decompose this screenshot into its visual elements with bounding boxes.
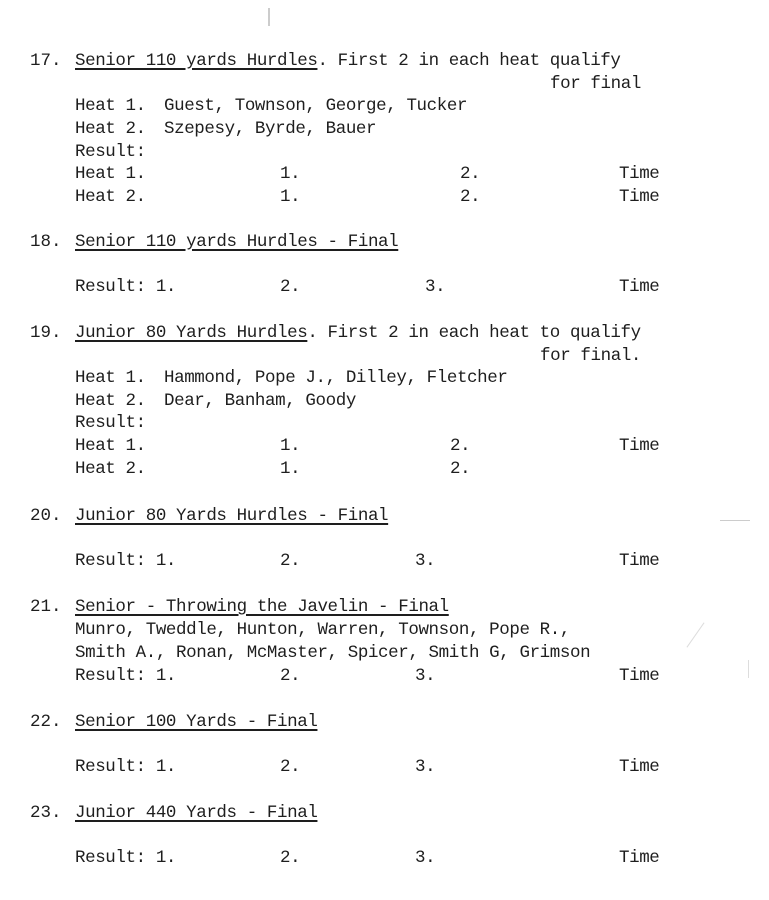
entrants-line-2: Smith A., Ronan, McMaster, Spicer, Smith… xyxy=(75,643,590,663)
result-label: Result: 1. xyxy=(75,757,176,777)
result-second: 2. xyxy=(280,277,300,297)
result-heat-2-first: 1. xyxy=(280,187,300,207)
event-title: Junior 80 Yards Hurdles xyxy=(75,323,307,343)
result-heat-1-first: 1. xyxy=(280,436,300,456)
event-note-continued: for final. xyxy=(540,346,641,366)
event-note: . First 2 in each heat to qualify xyxy=(307,323,640,343)
scan-speck xyxy=(720,520,750,521)
heat-2-entrants: Dear, Banham, Goody xyxy=(164,391,356,411)
event-number: 18. xyxy=(30,232,62,252)
result-time: Time xyxy=(619,757,659,777)
result-time: Time xyxy=(619,666,659,686)
heat-1-entrants: Hammond, Pope J., Dilley, Fletcher xyxy=(164,368,507,388)
result-label: Result: 1. xyxy=(75,848,176,868)
result-time: Time xyxy=(619,848,659,868)
result-label: Result: 1. xyxy=(75,666,176,686)
heat-1-label: Heat 1. xyxy=(75,368,146,388)
result-heat-2-label: Heat 2. xyxy=(75,187,146,207)
heat-2-entrants: Szepesy, Byrde, Bauer xyxy=(164,119,376,139)
result-heat-1-second: 2. xyxy=(460,164,480,184)
result-heat-1-second: 2. xyxy=(450,436,470,456)
event-number: 23. xyxy=(30,803,62,823)
result-third: 3. xyxy=(425,277,445,297)
event-header: Junior 80 Yards Hurdles. First 2 in each… xyxy=(75,323,641,343)
event-title: Senior 110 yards Hurdles - Final xyxy=(75,232,398,252)
result-heat-2-second: 2. xyxy=(450,459,470,479)
result-second: 2. xyxy=(280,666,300,686)
heat-1-label: Heat 1. xyxy=(75,96,146,116)
result-heat-1-time: Time xyxy=(619,436,659,456)
scan-speck xyxy=(268,8,270,26)
result-third: 3. xyxy=(415,757,435,777)
result-time: Time xyxy=(619,551,659,571)
result-heat-2-second: 2. xyxy=(460,187,480,207)
result-heat-1-label: Heat 1. xyxy=(75,164,146,184)
event-number: 19. xyxy=(30,323,62,343)
event-title: Senior 100 Yards - Final xyxy=(75,712,317,732)
result-third: 3. xyxy=(415,848,435,868)
result-second: 2. xyxy=(280,551,300,571)
result-label: Result: 1. xyxy=(75,551,176,571)
result-heat-2-first: 1. xyxy=(280,459,300,479)
result-heat-1-label: Heat 1. xyxy=(75,436,146,456)
event-title: Junior 440 Yards - Final xyxy=(75,803,317,823)
event-note: . First 2 in each heat qualify xyxy=(317,51,620,71)
event-number: 17. xyxy=(30,51,62,71)
event-header: Senior 110 yards Hurdles. First 2 in eac… xyxy=(75,51,621,71)
event-number: 21. xyxy=(30,597,62,617)
result-time: Time xyxy=(619,277,659,297)
result-second: 2. xyxy=(280,848,300,868)
result-third: 3. xyxy=(415,666,435,686)
entrants-line-1: Munro, Tweddle, Hunton, Warren, Townson,… xyxy=(75,620,570,640)
heat-2-label: Heat 2. xyxy=(75,391,146,411)
event-number: 22. xyxy=(30,712,62,732)
typed-document-page: 17. Senior 110 yards Hurdles. First 2 in… xyxy=(0,0,769,900)
result-heat-2-time: Time xyxy=(619,187,659,207)
result-label: Result: xyxy=(75,413,146,433)
heat-1-entrants: Guest, Townson, George, Tucker xyxy=(164,96,467,116)
scan-speck xyxy=(748,660,749,678)
event-number: 20. xyxy=(30,506,62,526)
event-title: Junior 80 Yards Hurdles - Final xyxy=(75,506,388,526)
result-heat-1-time: Time xyxy=(619,164,659,184)
heat-2-label: Heat 2. xyxy=(75,119,146,139)
result-second: 2. xyxy=(280,757,300,777)
result-label: Result: 1. xyxy=(75,277,176,297)
result-third: 3. xyxy=(415,551,435,571)
event-note-continued: for final xyxy=(550,74,641,94)
event-title: Senior 110 yards Hurdles xyxy=(75,51,317,71)
result-heat-1-first: 1. xyxy=(280,164,300,184)
result-heat-2-label: Heat 2. xyxy=(75,459,146,479)
scan-speck xyxy=(686,622,704,647)
result-label: Result: xyxy=(75,142,146,162)
event-title: Senior - Throwing the Javelin - Final xyxy=(75,597,449,617)
